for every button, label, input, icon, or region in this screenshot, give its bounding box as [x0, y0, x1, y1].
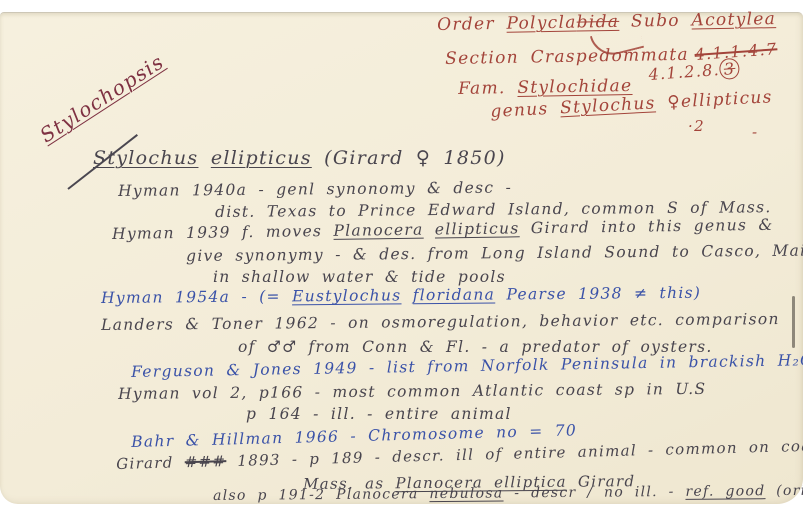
text-segment: Stylochopsis — [35, 49, 168, 147]
citation-landers-toner-1962: Landers & Toner 1962 - on osmoregulation… — [101, 311, 780, 334]
text-segment: Landers & Toner 1962 - on osmoregulation… — [101, 310, 780, 334]
text-segment: Order — [437, 14, 507, 35]
citation-hyman-1940a: Hyman 1940a - genl synonomy & desc - — [118, 180, 512, 200]
text-segment: genus — [490, 98, 561, 122]
text-segment: (Girard ♀ 1850) — [312, 147, 506, 169]
text-segment: give synonymy - & des. from Long Island … — [186, 241, 803, 265]
citation-hyman-1954a: Hyman 1954a - (= Eustylochus floridana P… — [101, 285, 701, 307]
text-segment: 3 — [719, 58, 740, 80]
text-segment: Section — [445, 48, 531, 69]
text-segment — [401, 286, 412, 304]
citation-hyman-1939f-cont: give synonymy - & des. from Long Island … — [186, 242, 803, 265]
text-segment: Hyman 1940a - genl synonomy & desc - — [118, 179, 512, 200]
text-segment: (orig) — [765, 483, 803, 500]
scanned-index-card-page: { "document": { "type": "handwritten tax… — [0, 0, 803, 506]
side-label-stylochopsis: Stylochopsis — [36, 50, 168, 146]
citation-hyman-vol2: Hyman vol 2, p166 - most common Atlantic… — [118, 381, 706, 403]
citation-hyman-1939f: Hyman 1939 f. moves Planocera ellipticus… — [112, 217, 774, 243]
text-segment: Planocera — [333, 221, 423, 240]
text-segment: Eustylochus — [292, 286, 402, 305]
text-segment: ref. good — [685, 483, 765, 500]
citation-ferguson-jones-1949: Ferguson & Jones 1949 - list from Norfol… — [131, 352, 803, 381]
text-segment: Hyman vol 2, p166 - most common Atlantic… — [118, 380, 706, 403]
species-heading: Stylochus ellipticus (Girard ♀ 1850) — [93, 148, 506, 169]
text-segment: ellipticus — [211, 147, 312, 169]
taxonomy-dash-mark: - — [752, 124, 758, 141]
text-segment: Acotylea — [691, 9, 776, 30]
text-segment: - — [752, 123, 758, 141]
text-segment: Girard into this genus & — [519, 216, 773, 238]
text-segment: Fam. — [458, 78, 518, 99]
text-segment: Stylochus — [560, 93, 657, 118]
citation-hyman-vol2-ill: p 164 - ill. - entire animal — [246, 406, 512, 423]
scan-edge-shadow — [792, 296, 795, 348]
text-segment: Polycla — [506, 13, 577, 34]
citation-hyman-1939f-habitat: in shallow water & tide pools — [213, 269, 506, 286]
handwriting-layer: Order Polyclabida Subo AcotyleaSection C… — [0, 0, 803, 506]
taxonomy-code-correction: ·2 — [688, 118, 705, 135]
text-segment: p 164 - ill. - entire animal — [246, 405, 512, 423]
text-segment: in shallow water & tide pools — [213, 268, 506, 286]
text-segment: 4.1.2.8. — [648, 60, 721, 84]
text-segment: floridana — [413, 286, 496, 305]
text-segment: Girard — [116, 453, 185, 473]
citation-girard-1893-also: also p 191-2 Planocera nebulosa - descr … — [213, 484, 803, 505]
taxonomy-code-line: 4.1.2.8.3 — [648, 60, 740, 84]
text-segment: Hyman 1939 f. moves — [112, 222, 334, 243]
text-segment: ### — [184, 452, 226, 471]
text-segment — [198, 147, 210, 169]
text-segment: nebulosa — [429, 485, 503, 502]
text-segment: ellipticus — [435, 219, 520, 238]
text-segment: - descr / no ill. - — [503, 484, 685, 502]
text-segment: also p 191-2 Planocera — [213, 486, 429, 504]
text-segment: Hyman 1954a - (= — [101, 287, 292, 307]
text-segment: ·2 — [688, 117, 705, 135]
text-segment: ♀ellipticus — [655, 87, 773, 113]
text-segment — [423, 220, 434, 238]
text-segment: Pearse 1938 ≠ this) — [495, 284, 701, 304]
